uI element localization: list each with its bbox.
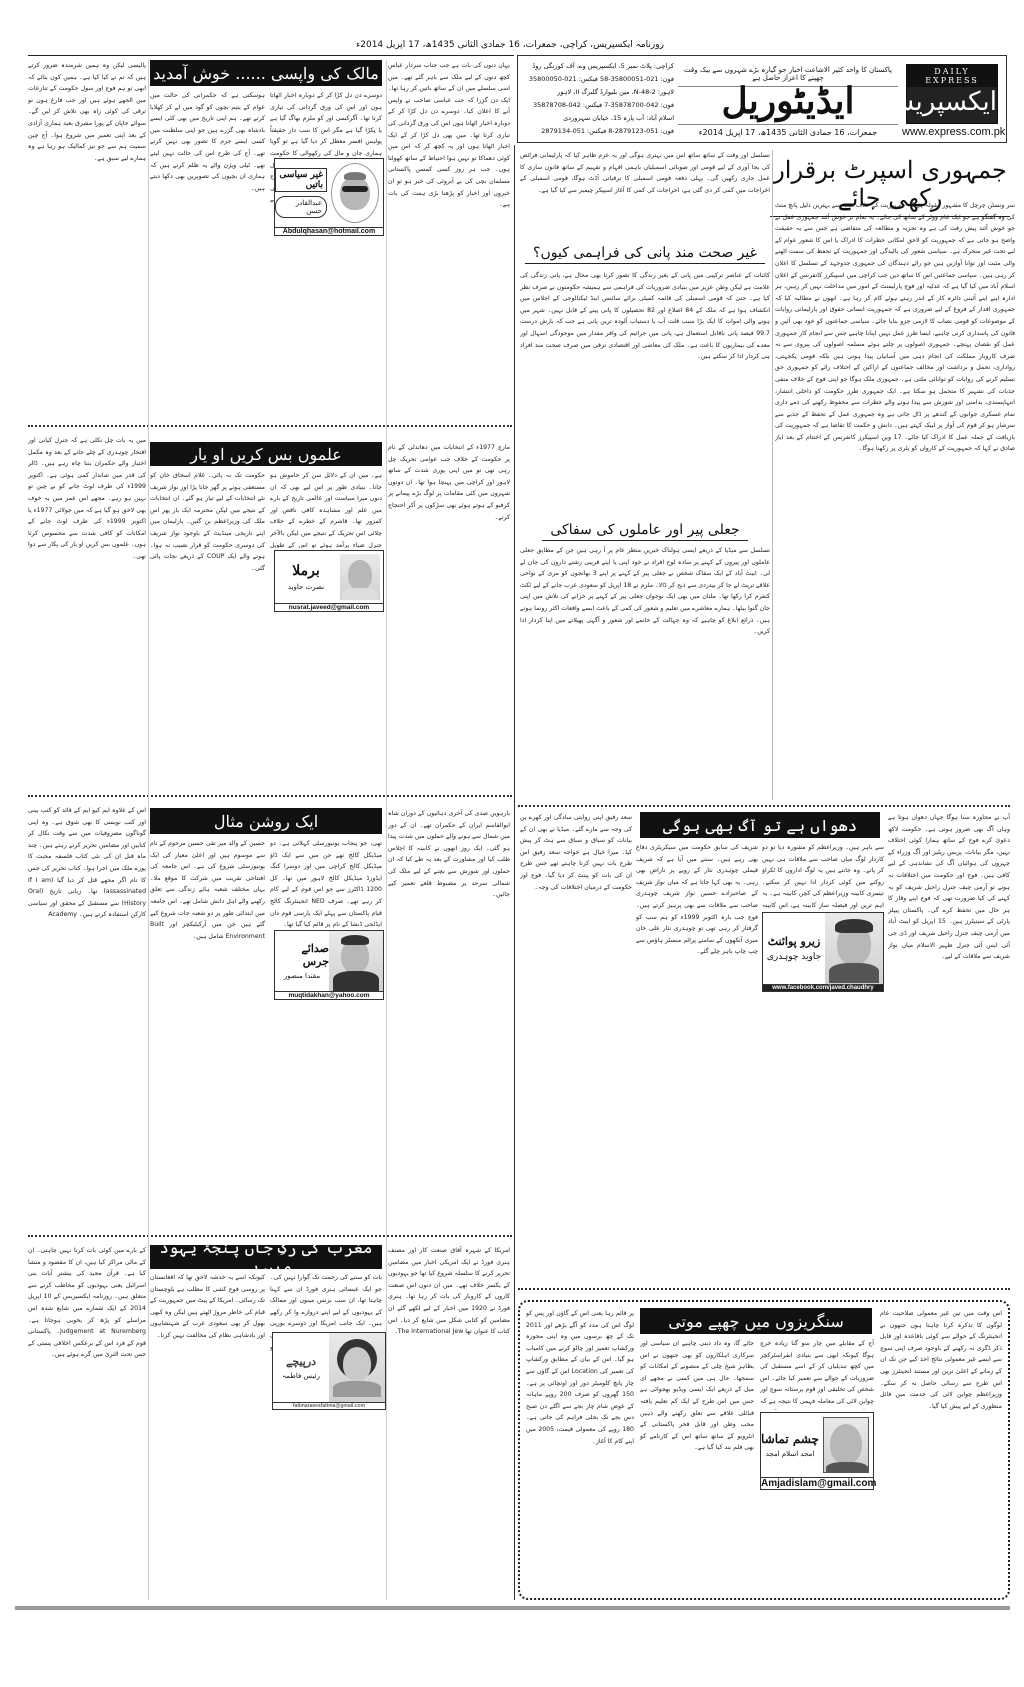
column-body-left: حسین کے والد میر تقی حسین مرحوم کے نام س… — [150, 838, 265, 1228]
column-author: مقتدا منصور — [284, 972, 320, 980]
columnist-box: درپیچے رئیس فاطمہ fatimaraeesfatima@gmai… — [272, 1332, 386, 1410]
page-footer-rule — [510, 1606, 1010, 1610]
column-brand: زیرو پوائنٹ جاوید چوہدری — [763, 913, 825, 984]
column-author: نصرت جاوید — [288, 583, 324, 591]
column-body-far: میں یہ بات چل نکلی ہے کہ جنرل کیانی اور … — [28, 435, 146, 782]
column-body-left: حکومت تک نہ پائی۔ غلام اسحاق خان کو مستع… — [150, 470, 265, 782]
column-body-mid: سے باہر ہیں۔ وزیراعظم کو مشورہ دیا تو دو… — [762, 842, 884, 912]
columnist-email[interactable]: Abdulqhasan@hotmail.com — [275, 227, 383, 235]
column-headline-bar: مالک کی واپسی ...... خوش آمدید — [150, 60, 382, 86]
column-body-mid: بات کو سننے کی زحمت تک گوارا نہیں کی۔ جو… — [270, 1272, 382, 1600]
logo-label: DAILY EXPRESS — [907, 65, 997, 87]
column-body-right: یہاں دنوں کی بات ہے جب جناب سردار عباس ک… — [388, 60, 510, 420]
page-footer-rule — [15, 1606, 510, 1610]
column-series-name: زیرو پوائنٹ — [768, 935, 821, 948]
column-body-mid: دوسرے دن دل کڑا کر کے دوبارہ اخبار اٹھات… — [270, 90, 382, 420]
editorial-lead-body: سر ونسٹن چرچل کا مشہور مقولہ ہے کہ جمہور… — [775, 200, 1015, 800]
column-body-far: پر قائم رہا یعنی اس کے گاؤں اور پس کو لو… — [526, 1308, 634, 1593]
contact-block: کراچی: پلاٹ نمبر 5، ایکسپریس وے، آف کورن… — [524, 60, 674, 138]
columnist-box: غیر سیاسی باتیں عبدالقادر حسن Abdulqhasa… — [274, 158, 384, 236]
column-headline-bar: سنگریزوں میں چھپے موتی — [640, 1308, 872, 1334]
column-brand: غیر سیاسی باتیں عبدالقادر حسن — [275, 159, 327, 227]
editorial-sub1-headline: غیر صحت مند پانی کی فراہمی کیوں؟ — [520, 245, 770, 261]
column-body-right: اس وقت میں تین غیر معمولی صلاحیت عام لوگ… — [880, 1308, 1002, 1593]
contact-karachi-phone: فون: 021-35800051-58 فیکس: 021-35800050 — [524, 73, 674, 86]
column-series-name: چشم تماشا — [761, 1432, 819, 1446]
columnist-box: چشم تماشا امجد اسلام امجد Amjadislam@gma… — [760, 1412, 874, 1490]
column-series-name: غیر سیاسی باتیں — [275, 168, 327, 192]
column-body-left: ہوسکتی ہے کہ حکمرانی کی حالت میں عوام کے… — [150, 90, 265, 420]
editorial-title: ایڈیٹوریل — [678, 80, 898, 122]
column-body-left: شریف کی سابق حکومت میں سیکریٹری دفاع بھی… — [636, 842, 758, 1282]
column-body-right: آپ نے محاورہ سنا ہوگا جہاں دھواں ہوتا ہے… — [888, 812, 1010, 1282]
sub2-headline-text: جعلی پیر اور عاملوں کی سفاکی — [542, 522, 747, 541]
column-series-name: صدائے جرس — [275, 942, 329, 968]
columnist-email[interactable]: fatimaraeesfatima@gmail.com — [273, 1402, 385, 1409]
editorial-masthead: DAILY EXPRESS ایکسپریس www.express.com.p… — [517, 55, 1007, 143]
columnist-photo — [329, 1333, 385, 1402]
column-headline-bar: علموں بس کریں او یار — [150, 442, 382, 466]
column-body-far: پالیسی لیکن وہ ہمیں شرمندہ ضرور کرتے ہیں… — [28, 60, 146, 420]
column-body-left: جائے گا، وہ داد دینی چاہیے ان سیاسی اور … — [640, 1338, 754, 1593]
column-body-far: سعد رفیق اپنی روایتی سادگی اور کھرے پن ک… — [520, 812, 632, 1282]
column-author: عبدالقادر حسن — [275, 196, 327, 218]
columnist-photo — [823, 1417, 869, 1473]
columnist-box: برملا نصرت جاوید nusrat.javeed@gmail.com — [274, 550, 384, 612]
section-rule — [518, 1288, 1010, 1290]
left-col-divider — [148, 60, 149, 1600]
column-body-mid: ہے۔ میں ان کے دلائل سن کر خاموش ہو جاتا۔… — [270, 470, 382, 548]
editorial-sub2-headline: جعلی پیر اور عاملوں کی سفاکی — [520, 522, 770, 538]
contact-lahore-phone: فون: 042-35878700-7 فیکس: 042-35878708 — [524, 99, 674, 112]
center-divider — [514, 145, 515, 1600]
column-brand: چشم تماشا امجد اسلام امجد — [761, 1413, 819, 1477]
columnist-photo — [340, 554, 380, 600]
contact-islamabad: اسلام آباد: آب پارہ 15، خیابان سہروردی — [524, 112, 674, 125]
editorial-sub2-body: تسلسل سے میڈیا کے ذریعے ایسی ہولناک خبری… — [520, 545, 770, 800]
logo-urdu: ایکسپریس — [907, 87, 997, 117]
column-headline-bar: دھواں ہے تو آگ بھی ہوگی — [640, 812, 880, 838]
column-headline-bar: مغرب کی رگِ جاں پنجۂ یہود میں ہے — [150, 1245, 382, 1269]
column-series-name: درپیچے — [286, 1355, 316, 1368]
column-author: رئیس فاطمہ — [282, 1372, 320, 1380]
columnist-email[interactable]: muqtidakhan@yahoo.com — [275, 991, 383, 999]
columnist-photo — [329, 931, 383, 991]
columnist-photo — [331, 163, 379, 223]
sunglasses-icon — [342, 186, 368, 192]
contact-islamabad-phone: فون: 051-2879123-8 فیکس: 051-2879134 — [524, 125, 674, 138]
column-headline-bar: ایک روشن مثال — [150, 808, 382, 834]
express-logo: DAILY EXPRESS ایکسپریس — [906, 64, 998, 124]
sub1-headline-text: غیر صحت مند پانی کی فراہمی کیوں؟ — [525, 245, 765, 264]
column-body-mid: تھی، جو پنجاب یونیورسٹی کہلاتی ہے۔ دو می… — [270, 838, 382, 928]
website-url[interactable]: www.express.com.pk — [902, 126, 1000, 138]
editorial-lead-intro: تسلسل اور وقت کے ساتھ ساتھ اس میں بہتری … — [520, 150, 770, 205]
contact-karachi: کراچی: پلاٹ نمبر 5، ایکسپریس وے، آف کورن… — [524, 60, 674, 73]
editorial-bottom-rule — [518, 805, 1010, 807]
column-body-right: امریکا کے شہرہ آفاق صنعت کار اور مصنف ہن… — [388, 1245, 510, 1600]
column-body-right: مارچ 1977ء کے انتخابات میں دھاندلی کے نا… — [388, 442, 510, 782]
left-col-divider — [386, 60, 387, 1600]
column-brand: برملا نصرت جاوید — [275, 551, 337, 603]
column-author: امجد اسلام امجد — [766, 1450, 815, 1458]
section-rule — [28, 1235, 512, 1237]
top-dateline: روزنامہ ایکسپریس، کراچی، جمعرات، 16 جماد… — [300, 40, 720, 50]
section-rule — [28, 425, 512, 427]
columnist-box: صدائے جرس مقتدا منصور muqtidakhan@yahoo.… — [274, 930, 384, 1000]
editorial-col-divider — [772, 150, 773, 800]
columnist-email[interactable]: www.facebook.com/javed.chaudhry — [763, 984, 883, 991]
column-body-left: کیونکہ اسے یہ خدشہ لاحق تھا کہ افغانستان… — [150, 1272, 265, 1600]
contact-lahore: لاہور: N-48-2، مین بلیوارڈ گلبرگ II، لاہ… — [524, 86, 674, 99]
column-brand: درپیچے رئیس فاطمہ — [273, 1333, 329, 1402]
masthead-date: جمعرات، 16 جمادی الثانی 1435ھ، 17 اپریل … — [678, 124, 898, 137]
editorial-sub1-body: کائنات کے عناصر ترکیبی میں پانی کے بغیر … — [520, 270, 770, 520]
section-rule — [28, 795, 512, 797]
columnist-email[interactable]: nusrat.javeed@gmail.com — [275, 603, 383, 611]
column-body-far: کے بارے میں کوئی بات کرنا نہیں چاہتی۔ ان… — [28, 1245, 146, 1600]
column-body-far: اس کے علاوہ ایم کیو ایم کے قائد کو کتب ب… — [28, 805, 146, 1228]
columnist-box: زیرو پوائنٹ جاوید چوہدری www.facebook.co… — [762, 912, 884, 992]
columnist-photo — [825, 913, 883, 984]
column-series-name: برملا — [292, 563, 319, 579]
column-body-right: بارہویں صدی کی آخری دہائیوں کے دوران شاہ… — [388, 808, 510, 1228]
columnist-email[interactable]: Amjadislam@gmail.com — [761, 1477, 873, 1489]
column-body-mid: آج کے مقابلے میں چار سو گنا زیادہ خرچ ہو… — [760, 1338, 874, 1410]
column-brand: صدائے جرس مقتدا منصور — [275, 931, 329, 991]
top-rule — [28, 55, 514, 56]
column-author: جاوید چوہدری — [767, 952, 821, 962]
